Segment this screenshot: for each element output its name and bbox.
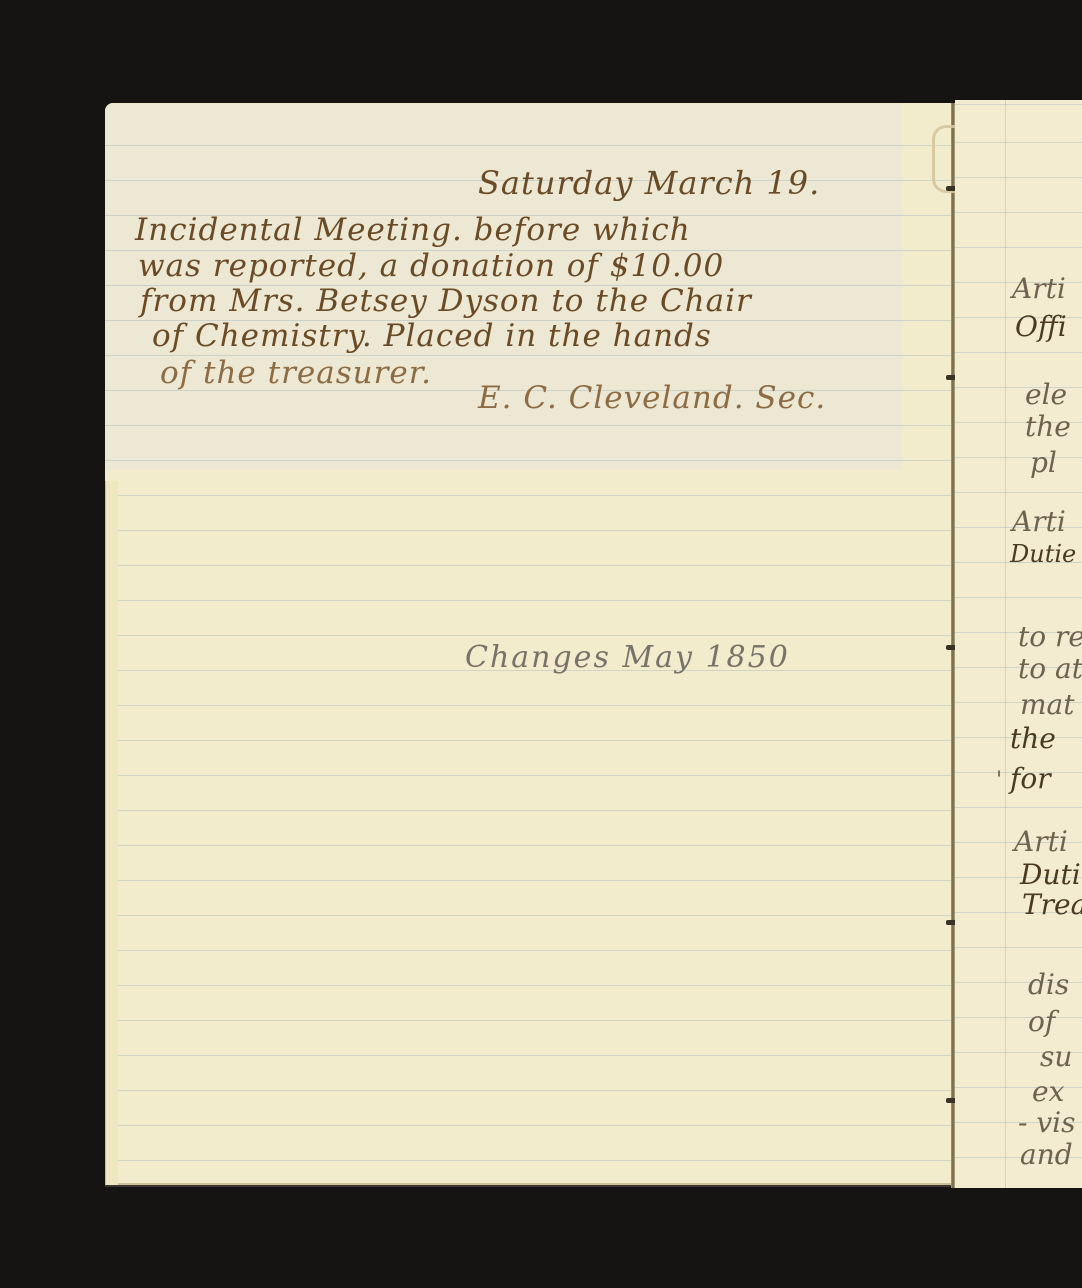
right-line: the (1025, 410, 1071, 443)
entry-line: from Mrs. Betsey Dyson to the Chair (140, 283, 752, 319)
entry-line: of the treasurer. (160, 355, 432, 391)
pencil-note: Changes May 1850 (465, 640, 790, 675)
right-line: mat (1020, 688, 1075, 721)
entry-date-heading: Saturday March 19. (478, 164, 820, 202)
right-line: Trea (1022, 888, 1082, 921)
entry-line: Incidental Meeting. before which (135, 212, 691, 248)
margin-mark: ' (996, 768, 1002, 793)
right-line: to at (1018, 652, 1082, 685)
scanned-notebook-spread: Saturday March 19. Incidental Meeting. b… (0, 0, 1082, 1288)
right-line: to re (1018, 620, 1082, 653)
page-edge-step (105, 481, 118, 1185)
right-line: Arti (1012, 272, 1066, 305)
right-line: and (1020, 1138, 1073, 1171)
right-line: ele (1025, 378, 1067, 411)
right-line: of (1028, 1005, 1055, 1038)
right-line: dis (1028, 968, 1069, 1001)
entry-line: of Chemistry. Placed in the hands (152, 318, 712, 354)
right-line: ex (1032, 1075, 1064, 1108)
binding-thread (932, 125, 955, 193)
right-line: Offi (1015, 310, 1067, 343)
secretary-signature: E. C. Cleveland. Sec. (478, 380, 826, 416)
right-line: su (1040, 1040, 1072, 1073)
entry-line: was reported, a donation of $10.00 (138, 248, 724, 284)
right-line: - vis (1018, 1106, 1076, 1139)
right-line: Arti (1012, 505, 1066, 538)
right-line: pl (1030, 446, 1057, 479)
right-line: the (1010, 722, 1056, 755)
right-line: Duti (1020, 858, 1081, 891)
right-line: Dutie (1010, 540, 1076, 568)
margin-line (1005, 100, 1006, 1188)
right-line: for (1010, 762, 1051, 795)
right-line: Arti (1014, 825, 1068, 858)
